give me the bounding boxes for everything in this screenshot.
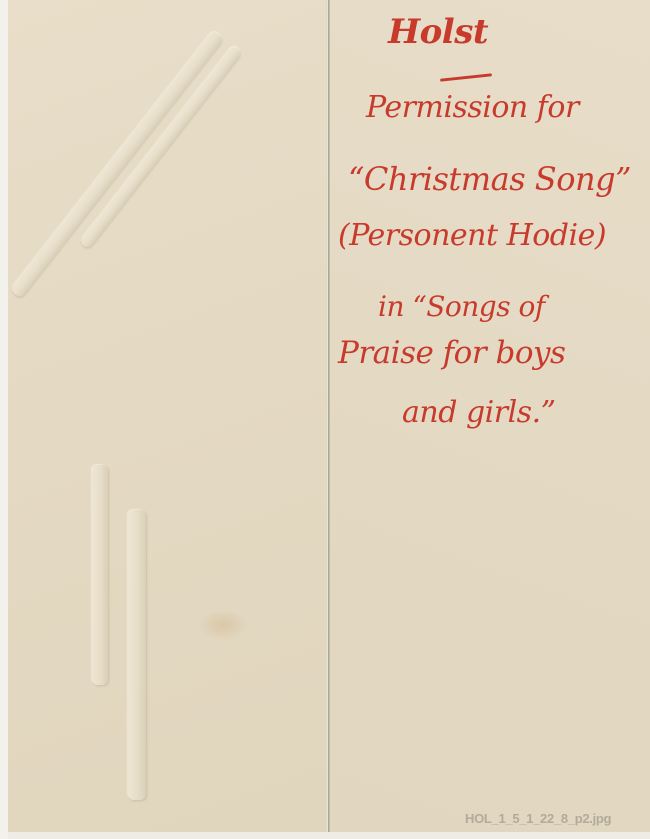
card-bottom-edge (8, 832, 650, 839)
note-line: Praise for boys (338, 335, 565, 371)
embossed-mark (79, 45, 242, 249)
embossed-mark (92, 465, 108, 685)
note-heading: Holst (388, 12, 488, 52)
note-line: Permission for (366, 90, 579, 125)
filename-label: HOL_1_5_1_22_8_p2.jpg (465, 811, 611, 826)
note-line: in “Songs of (378, 290, 545, 323)
handwritten-note: Holst Permission for “Christmas Song” (P… (330, 0, 650, 460)
note-line: and girls.” (402, 395, 555, 430)
embossed-mark (128, 510, 146, 800)
note-line: “Christmas Song” (348, 160, 631, 198)
left-panel (8, 0, 328, 834)
embossed-mark (10, 30, 224, 299)
heading-underline (440, 73, 492, 81)
note-line: (Personent Hodie) (338, 218, 606, 253)
paper-stain (198, 610, 248, 640)
